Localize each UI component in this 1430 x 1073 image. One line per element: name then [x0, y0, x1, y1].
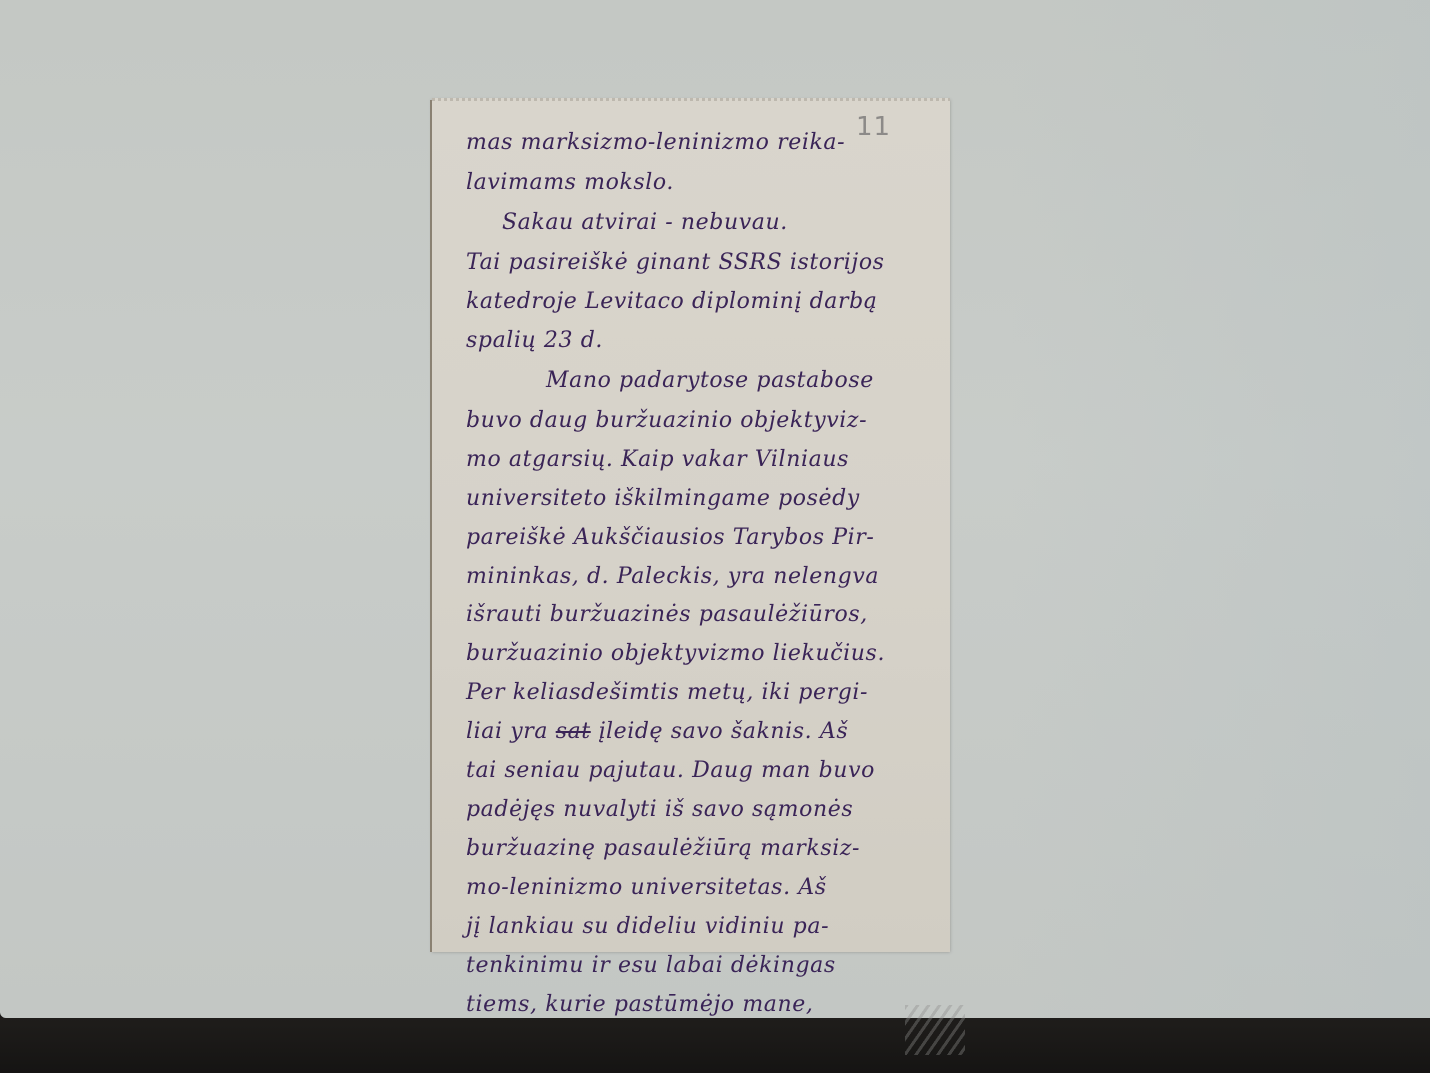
text-line: katedroje Levitaco diplominį darbą [466, 289, 878, 314]
text-line: tai seniau pajutau. Daug man buvo [466, 758, 875, 783]
text-line: mo atgarsių. Kaip vakar Vilniaus [466, 447, 849, 472]
text-line: universiteto iškilmingame posėdy [466, 486, 860, 511]
struck-word: sat [556, 719, 591, 744]
manuscript-page: 11 mas marksizmo-leninizmo reika- lavima… [432, 100, 950, 952]
backdrop-tint [1010, 0, 1430, 1018]
text-line: buvo daug buržuazinio objektyviz- [466, 408, 867, 433]
text-line: spalių 23 d. [466, 328, 603, 353]
page-number: 11 [856, 112, 891, 142]
text-line: mininkas, d. Paleckis, yra nelengva [466, 564, 879, 589]
table-surface [0, 1018, 1430, 1073]
text-fragment: įleidę savo šaknis. Aš [598, 719, 848, 744]
text-line: Mano padarytose pastabose [546, 368, 874, 393]
text-line: Tai pasireiškė ginant SSRS istorijos [466, 250, 885, 275]
text-line: Sakau atvirai - nebuvau. [502, 210, 788, 235]
text-line: pareiškė Aukščiausios Tarybos Pir- [466, 525, 874, 550]
text-line: išrauti buržuazinės pasaulėžiūros, [466, 602, 868, 627]
text-line: Per keliasdešimtis metų, iki pergi- [466, 680, 868, 705]
text-line: mas marksizmo-leninizmo reika- [466, 130, 845, 155]
text-fragment: liai yra [466, 719, 548, 744]
text-line-struck: liai yra sat įleidę savo šaknis. Aš [466, 719, 848, 744]
cloth-fringe [905, 1005, 965, 1055]
text-line: tenkinimu ir esu labai dėkingas [466, 953, 836, 978]
text-line: lavimams mokslo. [466, 170, 674, 195]
text-line: buržuazinio objektyvizmo liekučius. [466, 641, 885, 666]
text-line: mo-leninizmo universitetas. Aš [466, 875, 827, 900]
text-line: padėjęs nuvalyti iš savo sąmonės [466, 797, 853, 822]
text-line: jį lankiau su dideliu vidiniu pa- [466, 914, 829, 939]
text-line: buržuazinę pasaulėžiūrą marksiz- [466, 836, 860, 861]
text-line: tiems, kurie pastūmėjo mane, [466, 992, 814, 1017]
